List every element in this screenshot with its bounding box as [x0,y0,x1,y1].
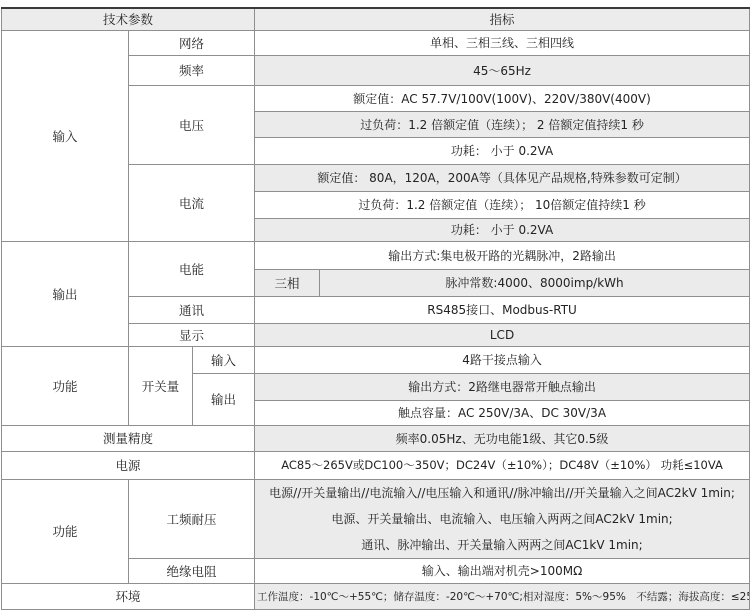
cell-network-value: 单相、三相三线、三相四线 [255,30,750,55]
cell-voltage-rated: 额定值：AC 57.7V/100V(100V)、220V/380V(400V) [255,85,750,111]
withstand-line-3: 通讯、脉冲输出、开关量输入两两之间AC1kV 1min; [257,532,747,558]
row-label-environment: 环境 [2,583,255,609]
cell-environment-value: 工作温度：-10℃～+55℃；储存温度：-20℃～+70℃;相对湿度：5%～95… [255,583,750,609]
section-label-function-switch: 功能 [2,346,129,425]
row-label-switch-input: 输入 [193,346,255,373]
cell-energy-pulse: 脉冲常数:4000、8000imp/kWh [320,269,750,296]
cell-insulation-value: 输入、输出端对机壳>100MΩ [255,558,750,583]
row-label-current: 电流 [129,164,255,241]
section-label-input: 输入 [2,30,129,241]
row-label-switch-output: 输出 [193,373,255,425]
cell-switch-output-capacity: 触点容量：AC 250V/3A、DC 30V/3A [255,400,750,425]
row-label-energy: 电能 [129,241,255,296]
row-label-withstand: 工频耐压 [129,479,255,558]
row-label-accuracy: 测量精度 [2,425,255,451]
row-label-comm: 通讯 [129,296,255,323]
row-label-frequency: 频率 [129,55,255,85]
cell-energy-mode: 输出方式:集电极开路的光耦脉冲，2路输出 [255,241,750,269]
spec-table-wrapper: 技术参数 指标 输入 网络 单相、三相三线、三相四线 频率 45～65Hz 电压… [0,0,750,610]
cell-energy-phase: 三相 [255,269,320,296]
cell-current-power: 功耗： 小于 0.2VA [255,218,750,241]
cell-switch-output-mode: 输出方式：2路继电器常开触点输出 [255,373,750,400]
row-label-switch: 开关量 [129,346,193,425]
spec-table: 技术参数 指标 输入 网络 单相、三相三线、三相四线 频率 45～65Hz 电压… [1,7,750,610]
row-label-network: 网络 [129,30,255,55]
cell-display-value: LCD [255,323,750,346]
withstand-line-2: 电源、开关量输出、电流输入、电压输入两两之间AC2kV 1min; [257,506,747,532]
section-label-function-safety: 功能 [2,479,129,583]
cell-frequency-value: 45～65Hz [255,55,750,85]
cell-current-rated: 额定值： 80A，120A，200A等（具体见产品规格,特殊参数可定制） [255,164,750,191]
row-label-voltage: 电压 [129,85,255,164]
cell-power-supply-value: AC85～265V或DC100～350V；DC24V（±10%）；DC48V（±… [255,451,750,479]
header-cell-indicator: 指标 [255,8,750,30]
section-label-output: 输出 [2,241,129,346]
row-label-display: 显示 [129,323,255,346]
cell-withstand-value: 电源//开关量输出//电流输入//电压输入和通讯//脉冲输出//开关量输入之间A… [255,479,750,558]
cell-voltage-overload: 过负荷：1.2 倍额定值（连续）； 2 倍额定值持续1 秒 [255,111,750,137]
row-label-insulation: 绝缘电阻 [129,558,255,583]
withstand-line-1: 电源//开关量输出//电流输入//电压输入和通讯//脉冲输出//开关量输入之间A… [257,480,747,506]
row-label-power-supply: 电源 [2,451,255,479]
cell-current-overload: 过负荷：1.2 倍额定值（连续）； 10倍额定值持续1 秒 [255,191,750,218]
cell-switch-input-value: 4路干接点输入 [255,346,750,373]
cell-comm-value: RS485接口、Modbus-RTU [255,296,750,323]
cell-voltage-power: 功耗： 小于 0.2VA [255,137,750,164]
header-cell-params: 技术参数 [2,8,255,30]
cell-accuracy-value: 频率0.05Hz、无功电能1级、其它0.5级 [255,425,750,451]
